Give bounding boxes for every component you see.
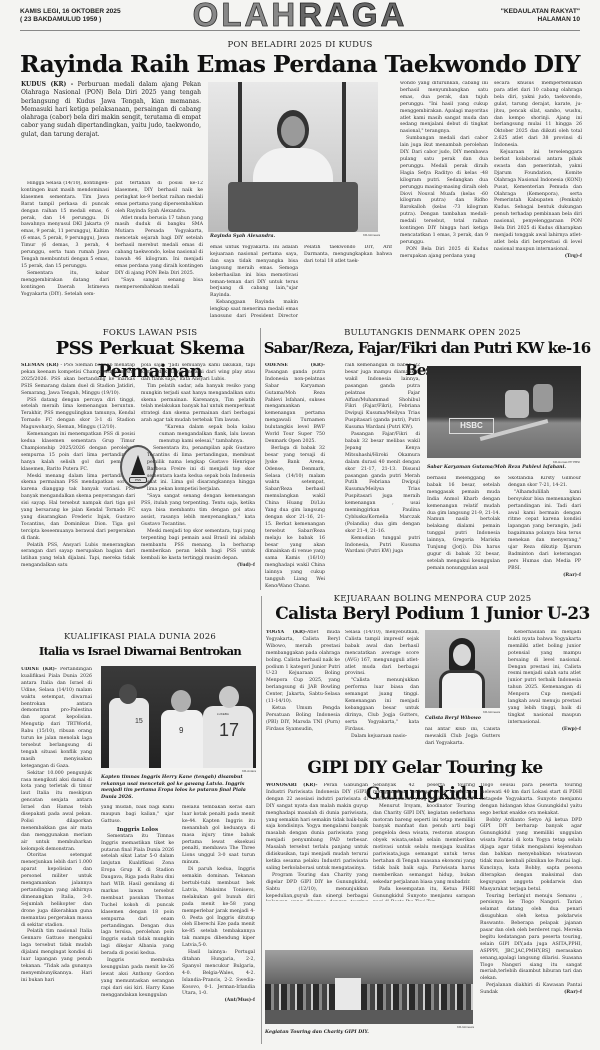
article-column: Selasa (14/10), menyebutkan, Calista tam…: [345, 630, 419, 756]
article-column: ODENSE (KR)- Pasangan ganda putra Indone…: [265, 363, 325, 587]
article-column: pat tertahan di posisi ke-12 klasemen, D…: [115, 181, 203, 317]
touring-group-photo: [265, 950, 473, 1024]
column-divider: [261, 596, 262, 1044]
badminton-photo: HSBC: [427, 366, 581, 458]
sponsor-sign: HSBC: [449, 418, 494, 434]
headline: Rayinda Raih Emas Perdana Taekwondo DIY: [0, 50, 600, 78]
article-column: WONOSARI (KR)- Peran Gabungan Industri P…: [266, 783, 368, 901]
author-signoff: (Rar)-f: [563, 573, 581, 580]
issue-date-block: KAMIS LEGI, 16 OKTOBER 2025 ( 23 BAKDAMU…: [20, 8, 121, 24]
section-logo: OLAHRAGA: [130, 1, 470, 28]
photo-credit: KR-Antara: [196, 769, 256, 773]
photo-caption: Rayinda Syah Alexandra.: [210, 234, 330, 241]
author-signoff: (Ant/Mus)-f: [224, 998, 255, 1005]
column-divider: [260, 328, 261, 590]
article-column: Sebanyak 42 peserta touring menggunakan …: [373, 783, 475, 901]
article-column: Kebanggaan Rayinda makin lengkap saat me…: [304, 245, 392, 317]
article-column: YOGYA (KR)-Atlet muda Yogyakarta, Calist…: [266, 630, 340, 756]
article-column: Hingga Selasa (14/10), kontingen-konting…: [21, 181, 109, 317]
photo-caption: Kapten timnas Inggris Herry Kane (tengah…: [101, 775, 256, 801]
photo-caption: Kegiatan Touring dan Charity GIPI DIY.: [265, 1030, 415, 1037]
article-column: melalui tembakan keras dari luar kotak p…: [182, 805, 255, 1042]
photo-credit: KR-Istimewa: [440, 710, 500, 714]
issue-date: KAMIS LEGI, 16 OKTOBER 2025: [20, 8, 121, 16]
photo-caption: Calista Beryl Wibowo: [425, 716, 505, 723]
article-column: yang mudah, baik bagi kami maupun bagi k…: [101, 805, 174, 1042]
headline: Calista Beryl Podium 1 Junior U-23: [265, 603, 600, 626]
author-signoff: (Rar)-f: [558, 990, 582, 997]
publication-block: "KEDAULATAN RAKYAT" HALAMAN 10: [501, 8, 580, 24]
article-column: raih kemenangan di babak 32 besar juga m…: [345, 363, 420, 587]
article-column: emas untuk Yogyakarta. Ini adalah kejuar…: [210, 245, 298, 317]
bowler-photo: [425, 630, 500, 708]
article-column: pola saja. "Jadi semuanya kami lakukan, …: [141, 363, 255, 583]
masthead: KAMIS LEGI, 16 OKTOBER 2025 ( 23 BAKDAMU…: [0, 0, 600, 28]
kicker: PON BELADIRI 2025 DI KUDUS: [0, 40, 600, 50]
article-column: wondo yang diturunkan, cabang ini berhas…: [400, 81, 488, 319]
photo-caption: Sabar Karyaman Gutama/Moh Reza Pahlevi I…: [427, 465, 587, 472]
article-column: nal antar klub ini, Calista mewakili Clu…: [425, 727, 500, 755]
author-signoff: (Ewp)-f: [562, 727, 581, 734]
article-column: Tlogo seusai para peserta touring melewa…: [480, 783, 582, 1045]
football-photo: 15 9 LUKEBA 17: [101, 666, 256, 768]
article-column: Skotlandia Kirsty Gilmour dengan skor 7-…: [508, 476, 581, 587]
publication-name: "KEDAULATAN RAKYAT": [501, 8, 580, 16]
author-signoff: (Trq)-f: [565, 254, 582, 261]
javanese-date: ( 23 BAKDAMULUD 1959 ): [20, 16, 121, 24]
masthead-divider: [20, 30, 580, 31]
author-signoff: (Yud)-f: [237, 563, 255, 570]
article-column: UDINE (KR)- Pertandingan kualifikasi Pia…: [21, 667, 92, 1042]
article-column: berhasil melenggang ke babak 16 besar, s…: [427, 476, 500, 587]
article-column: Keberhasilan ini menjadi bukti nyata bah…: [508, 630, 581, 756]
subheading: Inggris Lolos: [101, 826, 174, 834]
photo-credit: KR-Istimewa: [414, 1025, 474, 1029]
article-column: secara khusus mempertemukan para atlet d…: [494, 81, 582, 321]
page-number: HALAMAN 10: [501, 16, 580, 24]
lead-paragraph: KUDUS (KR) - Perburuan medali dalam ajan…: [21, 81, 201, 157]
article-column: SLEMAN (KR) - PSS Sleman bersiap menatap…: [21, 363, 135, 583]
athlete-photo: [208, 82, 378, 232]
photo-credit: KR-Humas PP PBSI: [520, 460, 580, 464]
